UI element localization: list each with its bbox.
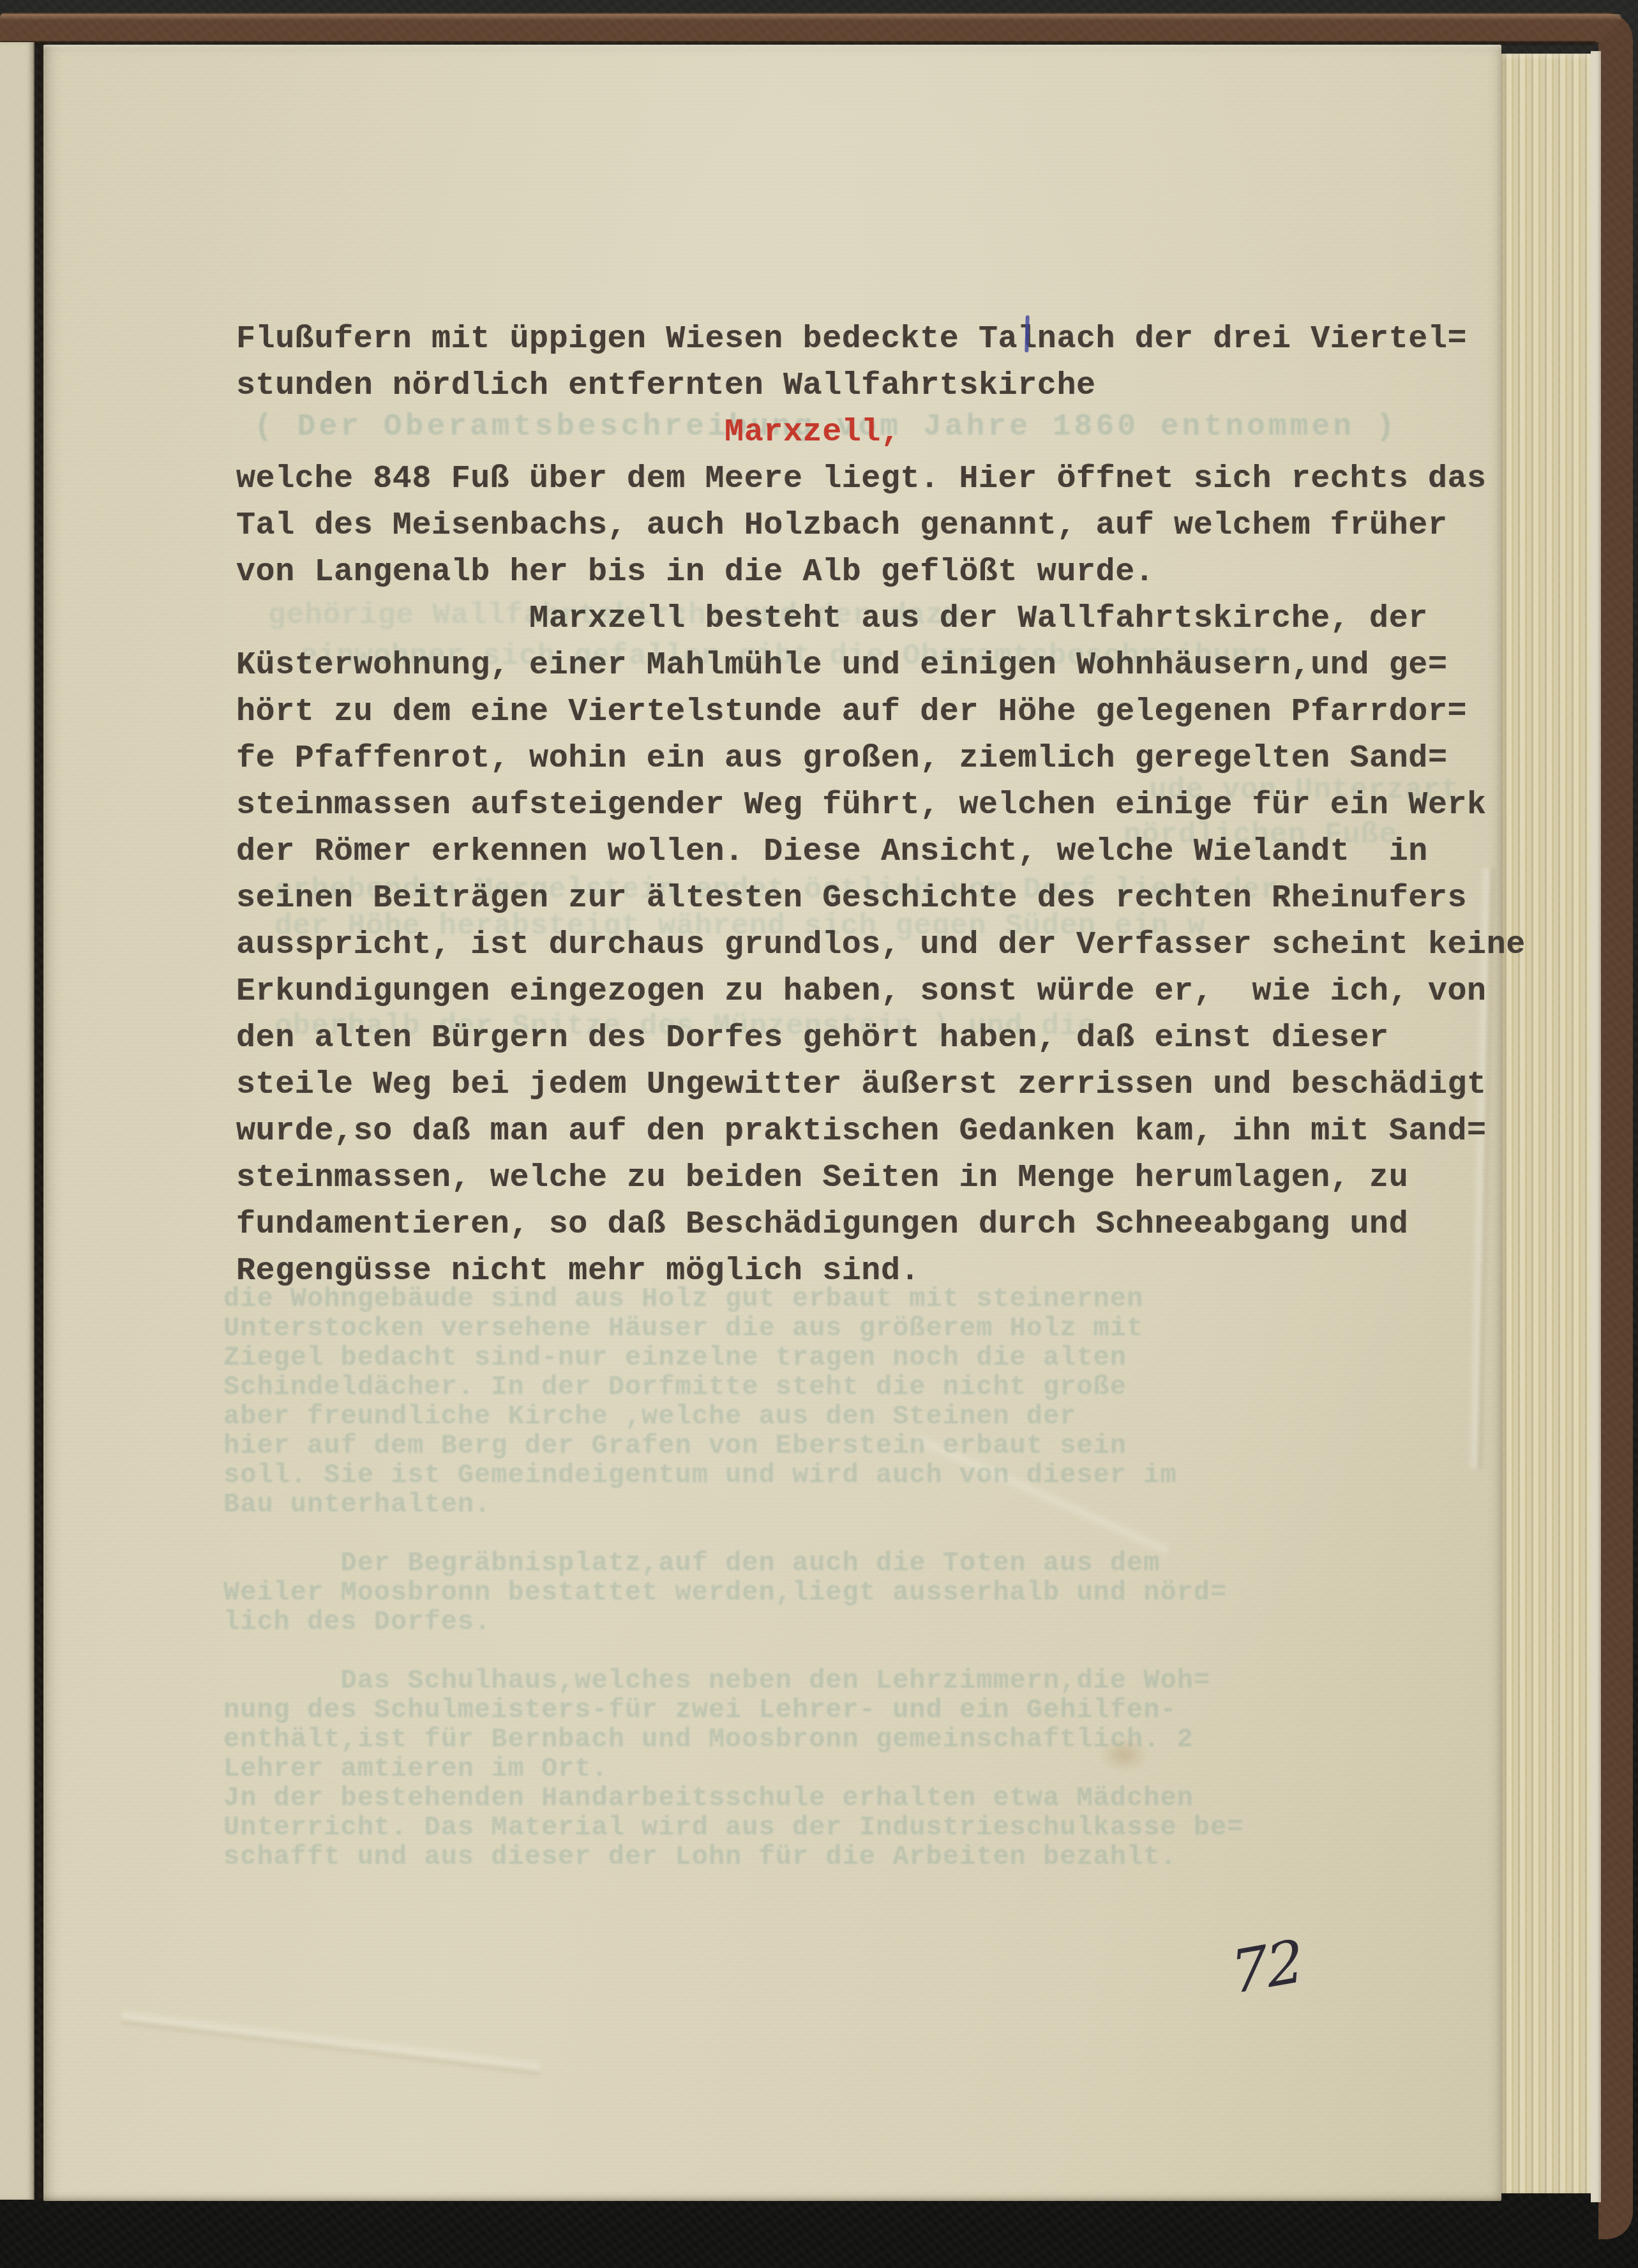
text-line: ausspricht, ist durchaus grundlos, und d… [236,922,1545,968]
fore-edge-outer-rim [1591,51,1601,2202]
handwritten-page-number: 72 [1228,1926,1306,2007]
text-line: Erkundigungen eingezogen zu haben, sonst… [236,968,1545,1015]
text-line: seinen Beiträgen zur ältesten Geschichte… [236,875,1545,922]
text-line: den alten Bürgern des Dorfes gehört habe… [236,1015,1545,1062]
text-line: welche 848 Fuß über dem Meere liegt. Hie… [236,456,1545,502]
text-line: stunden nördlich entfernten Wallfahrtski… [236,363,1545,409]
text-line: hört zu dem eine Viertelstunde auf der H… [236,689,1545,735]
paper-crease-middle [914,1432,1171,1558]
paper-stain [1100,1738,1148,1772]
typewritten-text-block: Flußufern mit üppigen Wiesen bedeckte Ta… [236,316,1545,1295]
red-heading-line: Marxzell, [236,409,1545,456]
text-line: fundamentieren, so daß Beschädigungen du… [236,1201,1545,1248]
text-line: Flußufern mit üppigen Wiesen bedeckte Ta… [236,316,1545,363]
text-line: Marxzell besteht aus der Wallfahrtskirch… [236,596,1545,642]
underlying-page-edge [0,42,34,2200]
text-line: Tal des Meisenbachs, auch Holzbach genan… [236,502,1545,549]
text-line: steinmassen aufsteigender Weg führt, wel… [236,782,1545,829]
text-line: von Langenalb her bis in die Alb geflößt… [236,549,1545,596]
paper-crease-bottom-left [121,2008,541,2078]
text-line: Küsterwohnung, einer Mahlmühle und einig… [236,642,1545,689]
text-line: der Römer erkennen wollen. Diese Ansicht… [236,829,1545,875]
text-line: fe Pfaffenrot, wohin ein aus großen, zie… [236,735,1545,782]
scanned-book-photo: ( Der Oberamtsbeschreibung vom Jahre 186… [0,0,1638,2268]
text-line: steinmassen, welche zu beiden Seiten in … [236,1155,1545,1201]
text-line: wurde,so daß man auf den praktischen Ged… [236,1108,1545,1155]
text-line: steile Weg bei jedem Ungewitter äußerst … [236,1062,1545,1108]
leather-top-highlight [0,14,1621,20]
text-line: Regengüsse nicht mehr möglich sind. [236,1248,1545,1295]
